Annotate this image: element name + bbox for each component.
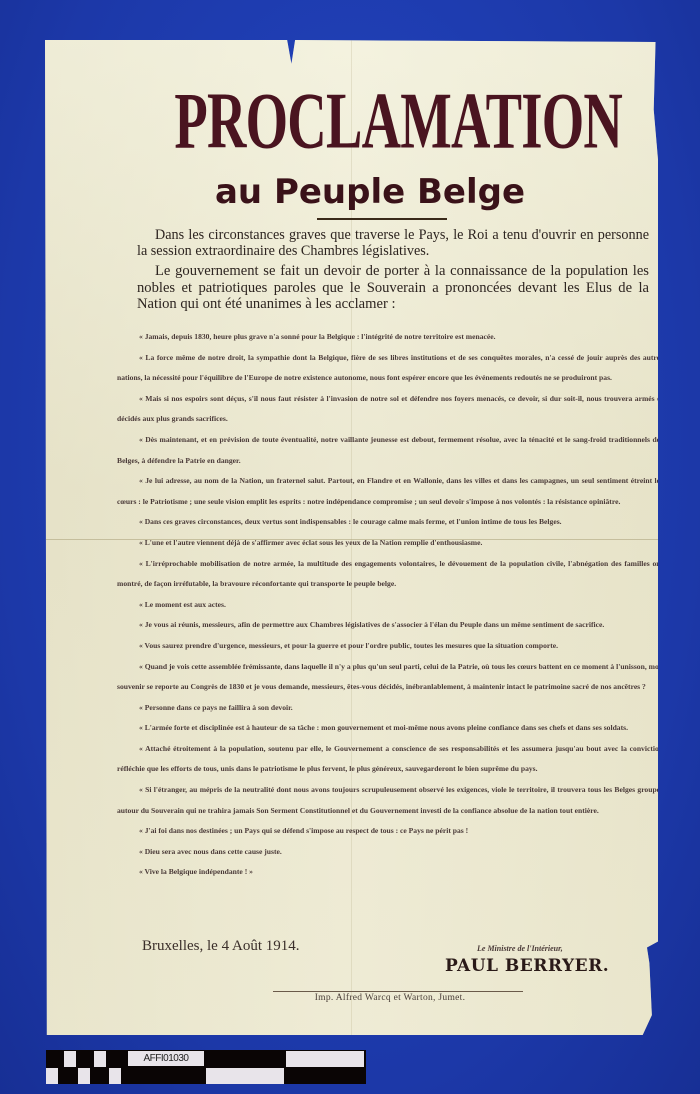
speech-paragraph: « J'ai foi dans nos destinées ; un Pays …: [117, 821, 663, 842]
scale-cell-light: [46, 1068, 58, 1084]
speech-paragraph: « L'irréprochable mobilisation de notre …: [117, 554, 663, 595]
royal-speech: « Jamais, depuis 1830, heure plus grave …: [117, 327, 663, 883]
speech-paragraph: « L'une et l'autre viennent déjà de s'af…: [117, 533, 663, 554]
speech-paragraph: « Dans ces graves circonstances, deux ve…: [117, 512, 663, 533]
speech-paragraph: « Personne dans ce pays ne faillira à so…: [117, 698, 663, 719]
place-and-date: Bruxelles, le 4 Août 1914.: [142, 938, 300, 955]
scale-cell-light: [206, 1068, 284, 1084]
speech-paragraph: « Dès maintenant, et en prévision de tou…: [117, 430, 663, 471]
scale-cell-light: [94, 1051, 106, 1067]
speech-paragraph: « Jamais, depuis 1830, heure plus grave …: [117, 327, 663, 348]
speech-paragraph: « Dieu sera avec nous dans cette cause j…: [117, 842, 663, 863]
title-divider: [317, 218, 447, 220]
archival-scale-bar: AFFI01030: [46, 1050, 366, 1084]
printer-divider: [273, 991, 523, 992]
speech-paragraph: « L'armée forte et disciplinée est à hau…: [117, 718, 663, 739]
speech-paragraph: « Vive la Belgique indépendante ! »: [117, 862, 663, 883]
speech-paragraph: « Je vous ai réunis, messieurs, afin de …: [117, 615, 663, 636]
intro-paragraph-1: Dans les circonstances graves que traver…: [137, 227, 649, 259]
proclamation-poster: PROCLAMATION au Peuple Belge Dans les ci…: [45, 40, 658, 1035]
signatory-name: PAUL BERRYER.: [445, 956, 609, 976]
speech-paragraph: « Attaché étroitement à la population, s…: [117, 739, 663, 780]
poster-subtitle: au Peuple Belge: [90, 172, 650, 212]
speech-paragraph: « Le moment est aux actes.: [117, 595, 663, 616]
intro-paragraph-2: Le gouvernement se fait un devoir de por…: [137, 263, 649, 313]
poster-title: PROCLAMATION: [174, 82, 595, 163]
speech-paragraph: « La force même de notre droit, la sympa…: [117, 348, 663, 389]
speech-paragraph: « Quand je vois cette assemblée frémissa…: [117, 657, 663, 698]
speech-paragraph: « Mais si nos espoirs sont déçus, s'il n…: [117, 389, 663, 430]
scale-cell-light: [286, 1051, 364, 1067]
scale-cell-light: [109, 1068, 121, 1084]
printer-imprint: Imp. Alfred Warcq et Warton, Jumet.: [285, 993, 495, 1003]
accession-number-label: AFFI01030: [128, 1051, 204, 1066]
minister-title: Le Ministre de l'Intérieur,: [477, 944, 563, 953]
speech-paragraph: « Vous saurez prendre d'urgence, messieu…: [117, 636, 663, 657]
scale-cell-light: [64, 1051, 76, 1067]
scale-cell-light: [78, 1068, 90, 1084]
speech-paragraph: « Si l'étranger, au mépris de la neutral…: [117, 780, 663, 821]
speech-paragraph: « Je lui adresse, au nom de la Nation, u…: [117, 471, 663, 512]
